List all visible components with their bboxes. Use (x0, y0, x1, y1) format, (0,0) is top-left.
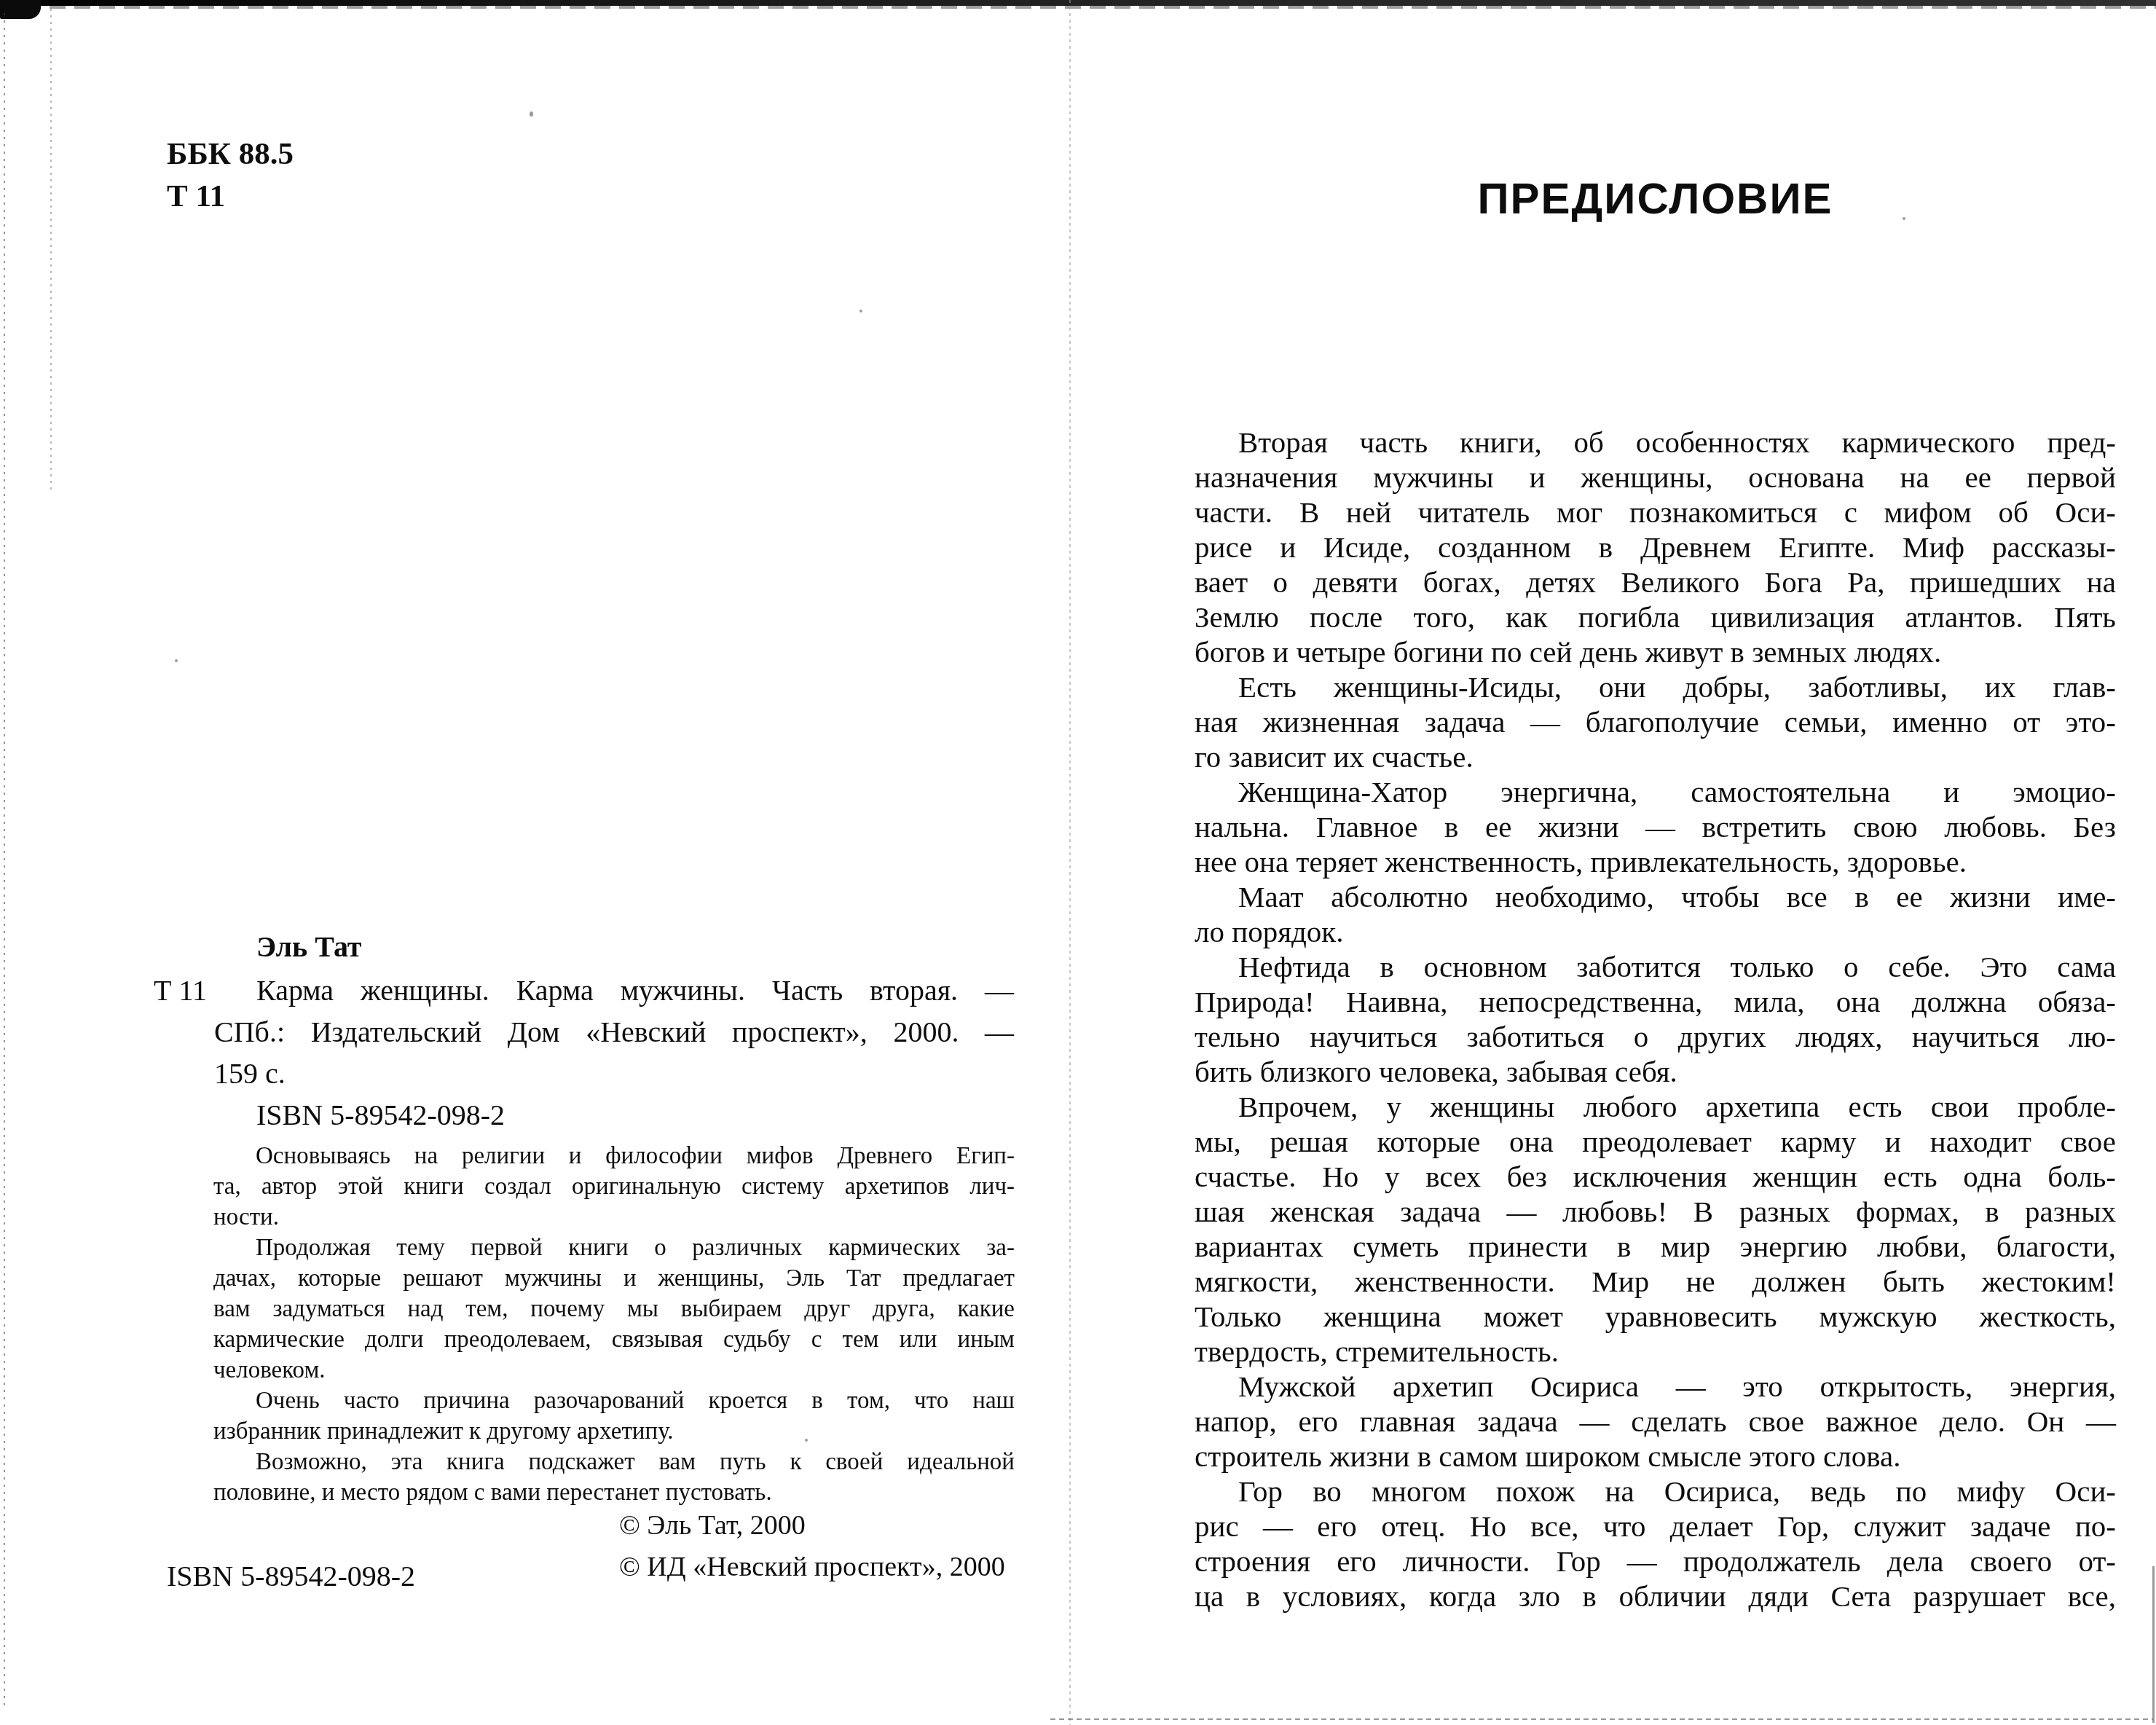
author-name: Эль Тат (256, 930, 362, 964)
scan-top-edge-speckle (0, 6, 2156, 9)
isbn-line: ISBN 5-89542-098-2 (256, 1098, 505, 1132)
text-line: Природа! Наивна, непосредственна, мила, … (1195, 984, 2116, 1019)
margin-author-mark: Т 11 (154, 973, 207, 1007)
text-line: Нефтида в основном заботится только о се… (1195, 949, 2116, 984)
scan-left-edge-line (4, 13, 5, 1710)
text-line: вам задуматься над тем, почему мы выбира… (213, 1294, 1015, 1324)
body-paragraph: Мужской архетип Осириса — это открытость… (1195, 1369, 2116, 1474)
annotation-paragraph: Продолжая тему первой книги о различных … (213, 1233, 1015, 1386)
text-line: половине, и место рядом с вами перестане… (213, 1477, 1015, 1508)
text-line: назначения мужчины и женщины, основана н… (1195, 460, 2116, 495)
text-line: Очень часто причина разочарований кроетс… (213, 1386, 1015, 1416)
scan-speck (175, 659, 178, 662)
page-gutter-line (1069, 0, 1071, 1725)
text-line: шая женская задача — любовь! В разных фо… (1195, 1194, 2116, 1229)
text-line: части. В ней читатель мог познакомиться … (1195, 495, 2116, 530)
annotation-block: Основываясь на религии и философии мифов… (213, 1141, 1015, 1508)
annotation-paragraph: Основываясь на религии и философии мифов… (213, 1141, 1015, 1233)
text-line: Продолжая тему первой книги о различных … (213, 1233, 1015, 1263)
scan-right-edge-line (2152, 1566, 2155, 1723)
scan-speck (530, 111, 533, 117)
text-line: дачах, которые решают мужчины и женщины,… (213, 1263, 1015, 1294)
text-line: ная жизненная задача — благополучие семь… (1195, 704, 2116, 739)
scan-speck (859, 310, 862, 313)
text-line: Возможно, эта книга подскажет вам путь к… (213, 1447, 1015, 1477)
scan-top-edge (0, 0, 2156, 6)
body-paragraph: Есть женщины-Исиды, они добры, заботливы… (1195, 669, 2116, 774)
scan-bottom-edge-line (1050, 1718, 2153, 1720)
text-line: кармические долги преодолеваем, связывая… (213, 1324, 1015, 1355)
text-line: та, автор этой книги создал оригинальную… (213, 1171, 1015, 1202)
text-line: строения его личности. Гор — продолжател… (1195, 1544, 2116, 1579)
text-line: ности. (213, 1202, 1015, 1233)
book-scan-spread: ББК 88.5 Т 11 Эль Тат Т 11 Карма женщины… (0, 0, 2156, 1725)
text-line: Землю после того, как погибла цивилизаци… (1195, 600, 2116, 634)
body-paragraph: Женщина-Хатор энергична, самостоятельна … (1195, 774, 2116, 879)
text-line: рис — его отец. Но все, что делает Гор, … (1195, 1509, 2116, 1544)
scan-left-inner-line (50, 9, 52, 490)
text-line: Мужской архетип Осириса — это открытость… (1195, 1369, 2116, 1404)
text-line: ца в условиях, когда зло в обличии дяди … (1195, 1579, 2116, 1614)
text-line: нее она теряет женственность, привлекате… (1195, 844, 2116, 879)
text-line: рисе и Исиде, созданном в Древнем Египте… (1195, 530, 2116, 565)
text-line: ло порядок. (1195, 914, 2116, 949)
text-line: счастье. Но у всех без исключения женщин… (1195, 1159, 2116, 1194)
text-line: Впрочем, у женщины любого архетипа есть … (1195, 1089, 2116, 1124)
text-line: богов и четыре богини по сей день живут … (1195, 634, 2116, 669)
scan-corner-mark (0, 0, 41, 19)
text-line: вает о девяти богах, детях Великого Бога… (1195, 565, 2116, 600)
text-line: Основываясь на религии и философии мифов… (213, 1141, 1015, 1171)
author-mark: Т 11 (167, 176, 294, 218)
text-line: Женщина-Хатор энергична, самостоятельна … (1195, 774, 2116, 809)
text-line: Маат абсолютно необходимо, чтобы все в е… (1195, 879, 2116, 914)
catalog-codes-block: ББК 88.5 Т 11 (167, 133, 294, 218)
copyright-author: © Эль Тат, 2000 (619, 1505, 1005, 1547)
text-line: избранник принадлежит к другому архетипу… (213, 1416, 1015, 1447)
text-line: го зависит их счастье. (1195, 739, 2116, 774)
body-paragraph: Нефтида в основном заботится только о се… (1195, 949, 2116, 1089)
annotation-paragraph: Очень часто причина разочарований кроетс… (213, 1386, 1015, 1447)
text-line: Есть женщины-Исиды, они добры, заботливы… (1195, 669, 2116, 704)
text-line: Вторая часть книги, об особенностях карм… (1195, 425, 2116, 460)
text-line: вариантах суметь принести в мир энергию … (1195, 1229, 2116, 1264)
copyright-publisher: © ИД «Невский проспект», 2000 (619, 1547, 1005, 1588)
text-line: Только женщина может уравновесить мужску… (1195, 1299, 2116, 1334)
copyright-block: © Эль Тат, 2000 © ИД «Невский проспект»,… (619, 1505, 1005, 1588)
bibliographic-line: Карма женщины. Карма мужчины. Часть втор… (256, 973, 1014, 1007)
bibliographic-line: СПб.: Издательский Дом «Невский проспект… (214, 1015, 1014, 1049)
body-paragraph: Вторая часть книги, об особенностях карм… (1195, 425, 2116, 669)
body-paragraph: Маат абсолютно необходимо, чтобы все в е… (1195, 879, 2116, 949)
text-line: нальна. Главное в ее жизни — встретить с… (1195, 809, 2116, 844)
text-line: твердость, стремительность. (1195, 1334, 2116, 1369)
preface-body: Вторая часть книги, об особенностях карм… (1195, 425, 2116, 1614)
text-line: человеком. (213, 1355, 1015, 1386)
body-paragraph: Гор во многом похож на Осириса, ведь по … (1195, 1474, 2116, 1614)
text-line: Гор во многом похож на Осириса, ведь по … (1195, 1474, 2116, 1509)
text-line: напор, его главная задача — сделать свое… (1195, 1404, 2116, 1439)
body-paragraph: Впрочем, у женщины любого архетипа есть … (1195, 1089, 2116, 1369)
annotation-paragraph: Возможно, эта книга подскажет вам путь к… (213, 1447, 1015, 1508)
bibliographic-line: 159 с. (214, 1056, 286, 1091)
text-line: строитель жизни в самом широком смысле э… (1195, 1439, 2116, 1474)
text-line: мягкости, женственности. Мир не должен б… (1195, 1264, 2116, 1299)
text-line: мы, решая которые она преодолевает карму… (1195, 1124, 2116, 1159)
preface-title: ПРЕДИСЛОВИЕ (1195, 173, 2116, 224)
bbk-code: ББК 88.5 (167, 133, 294, 176)
text-line: бить близкого человека, забывая себя. (1195, 1054, 2116, 1089)
text-line: тельно научиться заботиться о других люд… (1195, 1019, 2116, 1054)
footer-isbn: ISBN 5-89542-098-2 (167, 1559, 415, 1593)
